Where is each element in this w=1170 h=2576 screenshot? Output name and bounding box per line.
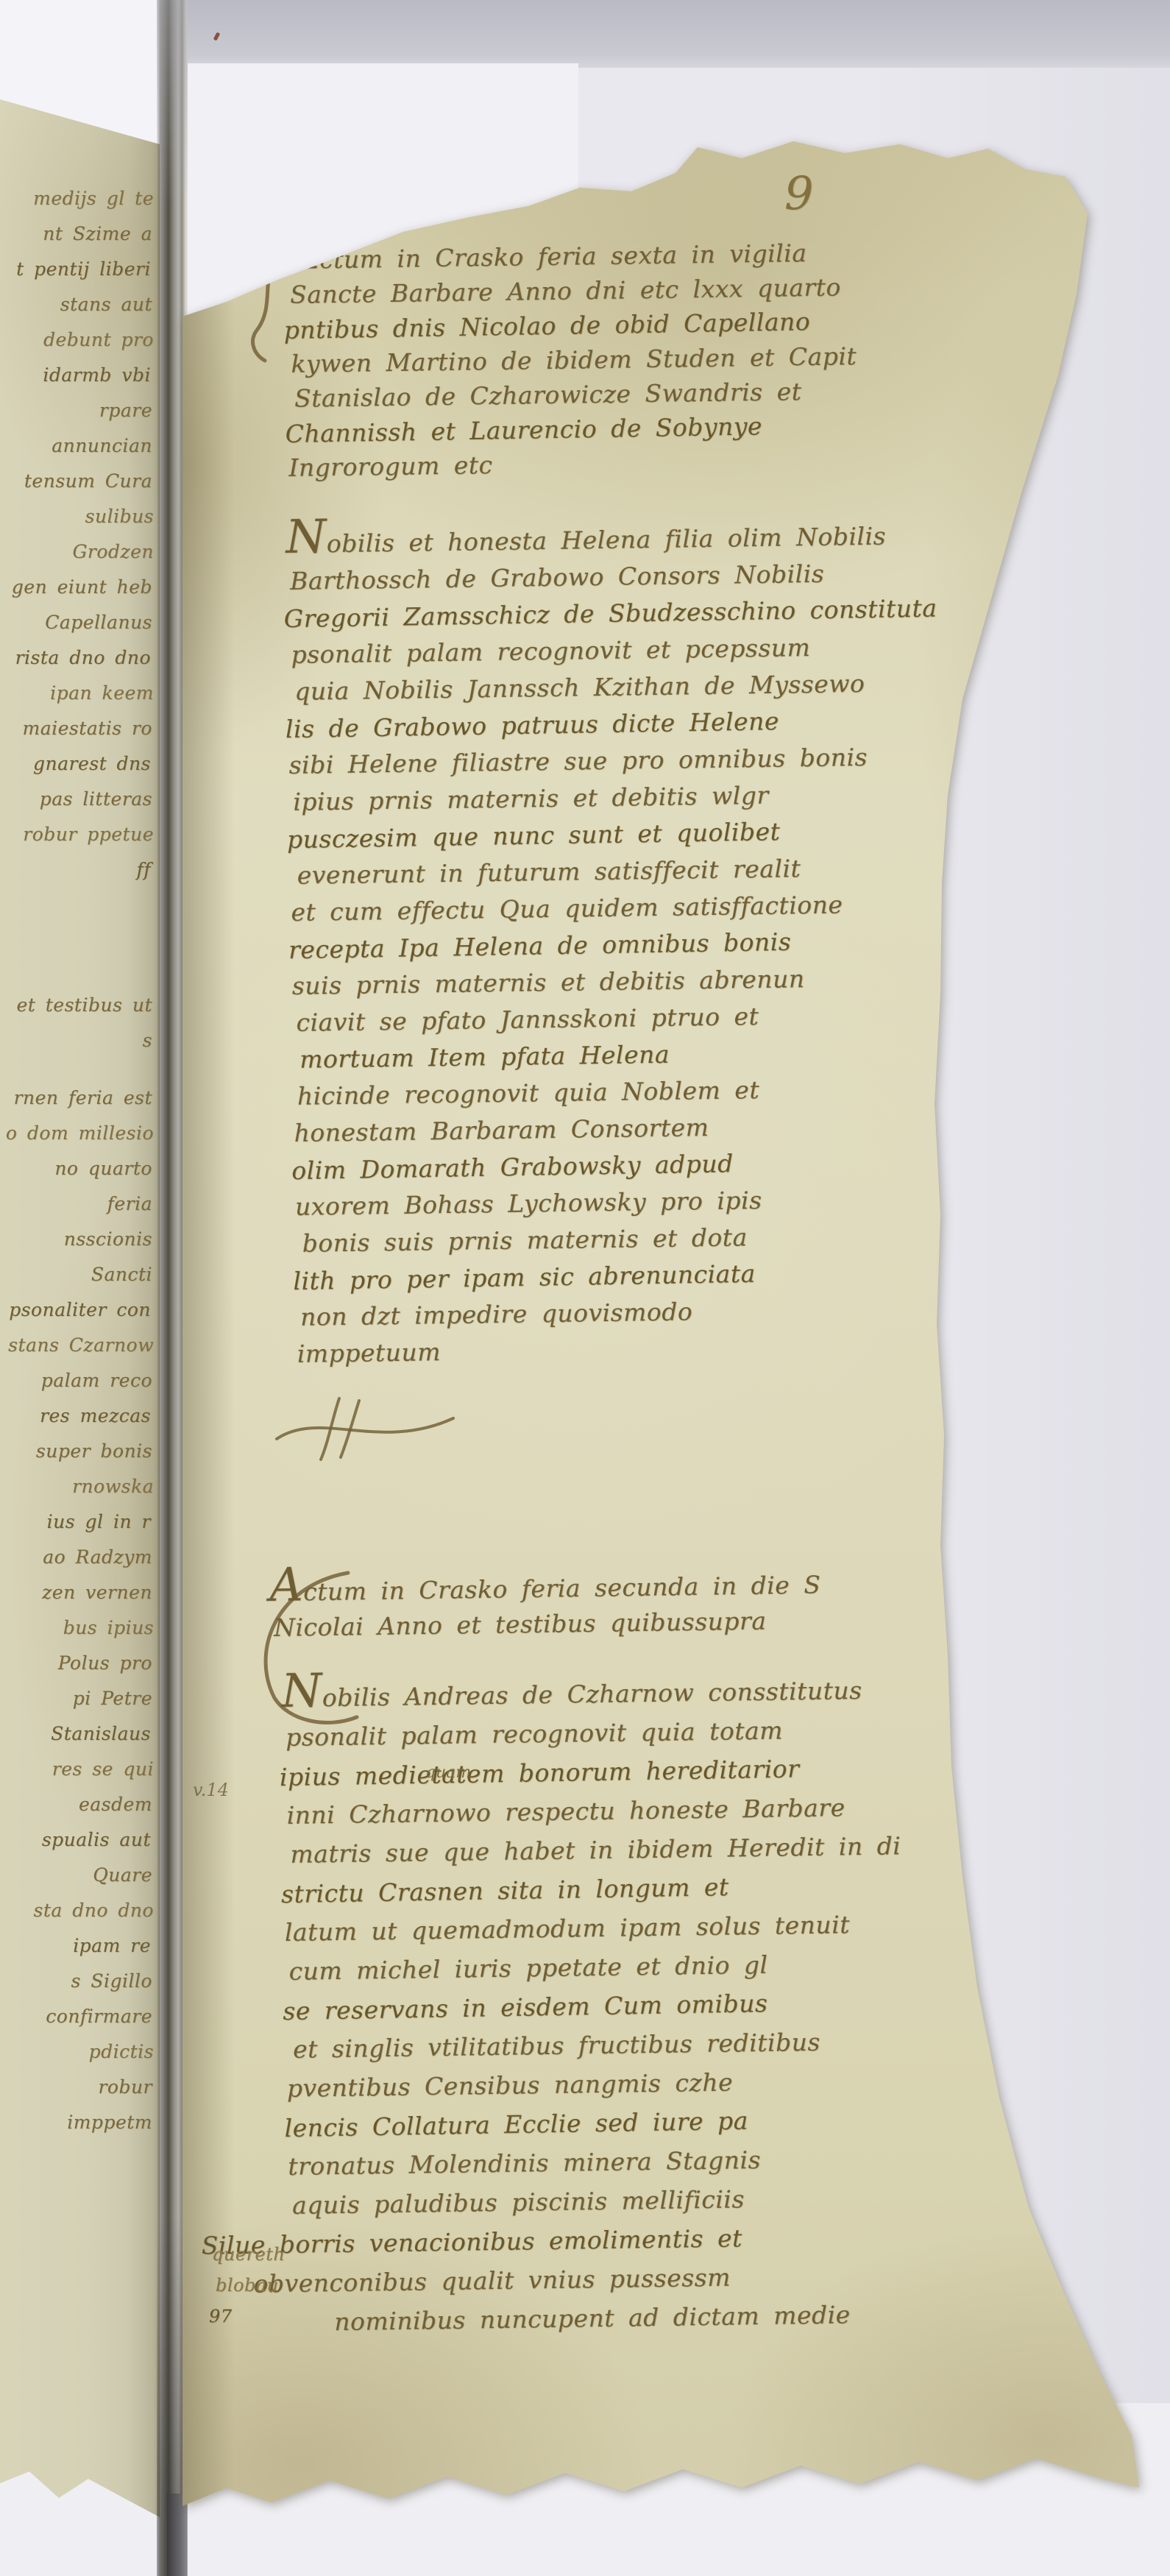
manuscript-line: Barthossch de Grabowo Consors Nobilis	[290, 554, 943, 600]
manuscript-line: Sancte Barbare Anno dni etc lxxx quarto	[290, 269, 856, 312]
left-page-line-fragment: super bonis	[0, 1434, 152, 1469]
left-page-line-fragment: ipan keem	[1, 676, 154, 711]
manuscript-entry-2-body: Nobilis Andreas de Czharnow consstitutus…	[281, 1666, 901, 2341]
initial-swash	[245, 1564, 363, 1737]
left-page-line-fragment: gen eiunt heb	[0, 570, 152, 605]
manuscript-line: Actum in Crasko feria secunda in die S	[269, 1562, 821, 1610]
manuscript-line: et singlis vtilitatibus fructibus rediti…	[293, 2021, 904, 2069]
right-page-wrap: 9 Actum in Crasko feria sexta in vigilia…	[182, 132, 1163, 2510]
manuscript-line: pusczesim que nunc sunt et quolibet	[287, 810, 940, 858]
left-page-line-fragment: rnen feria est	[0, 1080, 152, 1116]
left-page-line-fragment: idarmb vbi	[0, 358, 151, 393]
page-number: 9	[784, 166, 813, 220]
left-page-line-fragment: no quarto feria	[0, 1151, 152, 1222]
manuscript-line: psonalit palam recognovit quia totam	[286, 1709, 897, 1757]
left-page-line-fragment: stans Czarnow	[1, 1328, 154, 1363]
manuscript-line: Channissh et Laurencio de Sobynye	[285, 407, 851, 451]
manuscript-photo: { "colors":{"ink":"#6f5d33","paper":"#dc…	[0, 0, 1170, 2576]
manuscript-line: Silue borris venacionibus emolimentis et	[201, 2216, 907, 2265]
left-page-line-fragment: res se qui	[1, 1752, 154, 1787]
manuscript-line: Nobilis Andreas de Czharnow consstitutus	[281, 1666, 893, 1718]
manuscript-entry-2-heading: Actum in Crasko feria secunda in die SNi…	[269, 1562, 821, 1646]
manuscript-line: Ingrorogum etc	[288, 442, 854, 485]
left-page-line-fragment: spualis aut	[0, 1822, 151, 1858]
manuscript-line: uxorem Bohass Lychowsky pro ipis	[295, 1180, 949, 1225]
left-page-line-fragment: o dom millesio	[1, 1116, 154, 1151]
left-page-line-fragment: Polus pro	[0, 1646, 152, 1681]
initial-flourish	[247, 243, 291, 368]
manuscript-line: strictu Crasnen sita in longum et	[281, 1864, 893, 1914]
left-page-line-fragment: rista dno dno	[0, 640, 151, 676]
left-page-line-fragment: rpare annuncian	[0, 393, 152, 464]
paragraph-end-flourish	[269, 1395, 461, 1465]
left-page-line-fragment: s Sigillo	[0, 1964, 152, 1999]
manuscript-line: inni Czharnowo respectu honeste Barbare	[286, 1787, 898, 1835]
manuscript-line: mortuam Item pfata Helena	[299, 1032, 953, 1078]
manuscript-line: psonalit palam recognovit et pcepssum	[291, 628, 944, 673]
left-page-line-fragment: zen vernen	[0, 1575, 152, 1610]
manuscript-line: Nobilis et honesta Helena filia olim Nob…	[286, 512, 939, 563]
manuscript-line: sibi Helene filiastre sue pro omnibus bo…	[288, 738, 942, 784]
manuscript-line: ipius medietatem bonorum hereditarior	[279, 1747, 890, 1797]
left-page-line-fragment: medijs gl te	[1, 181, 154, 216]
manuscript-line: ciavit se pfato Jannsskoni ptruo et	[296, 995, 949, 1041]
manuscript-line: lencis Collatura Ecclie sed iure pa	[284, 2098, 896, 2148]
left-page-line-fragment: res mezcas	[0, 1398, 151, 1434]
left-page-line-fragment: ius gl in r	[0, 1504, 151, 1540]
manuscript-line: non dzt impedire quovismodo	[300, 1289, 954, 1335]
margin-note: 97	[209, 2301, 282, 2332]
manuscript-line: Gregorii Zamsschicz de Sbudzesschino con…	[283, 590, 937, 637]
left-page-line-fragment: sta dno dno	[1, 1893, 154, 1928]
left-page-line-fragment: et testibus ut s	[0, 988, 152, 1058]
manuscript-line: ipius prnis maternis et debitis wlgr	[293, 775, 946, 821]
left-page-line-fragment: gnarest dns	[0, 746, 151, 782]
right-page: 9 Actum in Crasko feria sexta in vigilia…	[182, 132, 1163, 2510]
left-page-line-fragment: easdem	[0, 1787, 152, 1822]
left-page: medijs gl tent Szime at pentij liberista…	[0, 0, 160, 2576]
manuscript-line: quia Nobilis Jannssch Kzithan de Myssewo	[294, 664, 948, 710]
left-page-line-fragment: psonaliter con	[0, 1292, 151, 1328]
left-page-line-fragment: debunt pro	[1, 322, 154, 358]
left-page-line-fragment: confirmare	[0, 1999, 152, 2034]
manuscript-line: Nicolai Anno et testibus quibussupra	[274, 1602, 826, 1645]
interline-insertion-note: quam	[425, 1763, 471, 1782]
manuscript-line: pntibus dnis Nicolao de obid Capellano	[283, 303, 849, 347]
left-page-line-fragment: rnowska	[1, 1469, 154, 1504]
left-page-line-fragment: t pentij liberi	[0, 252, 151, 287]
margin-note: quereth	[212, 2239, 285, 2270]
left-page-line-fragment: pi Petre	[0, 1681, 152, 1716]
manuscript-line: aquis paludibus piscinis mellificiis	[292, 2177, 904, 2225]
manuscript-line: se reservans in eisdem Cum omibus	[283, 1981, 894, 2031]
manuscript-line: pventibus Censibus nangmis czhe	[286, 2060, 898, 2108]
manuscript-line: evenerunt in futurum satisffecit realit	[297, 848, 950, 894]
left-page-line-fragment: palam reco	[0, 1363, 152, 1398]
manuscript-line: kywen Martino de ibidem Studen et Capit	[291, 339, 857, 381]
left-page-line-fragment: Capellanus	[0, 605, 152, 640]
left-page-line-fragment: stans aut	[0, 287, 152, 322]
left-page-line-fragment: imppetm	[0, 2105, 152, 2140]
manuscript-entry-1-body: Nobilis et honesta Helena filia olim Nob…	[286, 512, 951, 1373]
left-page-line-fragment: ipam re	[0, 1928, 151, 1964]
background-gray-band	[181, 0, 1170, 68]
left-page-line-fragment: Quare	[0, 1858, 152, 1893]
manuscript-line: matris sue que habet in ibidem Heredit i…	[290, 1826, 901, 1874]
manuscript-line: lis de Grabowo patruus dicte Helene	[286, 700, 939, 748]
left-page-line-fragment: robur	[0, 2070, 152, 2105]
manuscript-line: obvenconibus qualit vnius pussessm	[253, 2255, 904, 2303]
manuscript-line: et cum effectu Qua quidem satisffactione	[291, 885, 944, 931]
left-page-line-fragment: maiestatis ro	[0, 711, 152, 746]
left-page-line-fragment: sulibus Grodzen	[1, 499, 154, 570]
manuscript-line: tronatus Molendinis minera Stagnis	[288, 2138, 899, 2186]
left-page-line-fragment: robur ppetue	[1, 817, 154, 852]
manuscript-line: hicinde recognovit quia Noblem et	[297, 1069, 951, 1114]
margin-note-v14: v.14	[193, 1780, 229, 1800]
manuscript-line: nominibus nuncupent ad dictam medie	[334, 2294, 901, 2341]
margin-notes-bottom: querethblobau97	[212, 2239, 285, 2332]
manuscript-line: recepta Ipa Helena de omnibus bonis	[288, 921, 942, 969]
manuscript-line: bonis suis prnis maternis et dota	[302, 1216, 955, 1262]
manuscript-line: honestam Barbaram Consortem	[294, 1106, 947, 1152]
left-page-line-fragment: ao Radzym	[0, 1540, 152, 1575]
left-page-line-fragment: nsscionis Sancti	[0, 1222, 152, 1292]
manuscript-line: suis prnis maternis et debitis abrenun	[291, 959, 945, 1005]
left-page-line-fragment: nt Szime a	[0, 216, 152, 252]
manuscript-line: olim Domarath Grabowsky adpud	[291, 1142, 945, 1189]
left-page-line-fragment: tensum Cura	[0, 464, 152, 499]
manuscript-entry-1-heading: Actum in Crasko feria sexta in vigiliaSa…	[286, 229, 854, 485]
manuscript-line: Actum in Crasko feria sexta in vigilia	[286, 229, 852, 277]
left-page-line-fragment: ff	[0, 852, 151, 888]
left-page-line-endings: medijs gl tent Szime at pentij liberista…	[0, 181, 152, 2140]
manuscript-line: lith pro per ipam sic abrenunciata	[293, 1252, 946, 1300]
left-page-line-fragment: Stanislaus	[0, 1716, 151, 1752]
left-page-line-fragment: bus ipius	[1, 1610, 154, 1646]
manuscript-line: cum michel iuris ppetate et dnio gl	[288, 1943, 900, 1991]
manuscript-line: latum ut quemadmodum ipam solus tenuit	[285, 1904, 896, 1952]
left-page-line-fragment: pdictis	[1, 2034, 154, 2070]
manuscript-line: imppetuum	[297, 1326, 950, 1372]
left-page-line-fragment: pas litteras	[0, 782, 152, 817]
margin-note: blobau	[216, 2270, 288, 2301]
manuscript-line: Stanislao de Czharowicze Swandris et	[294, 373, 860, 416]
